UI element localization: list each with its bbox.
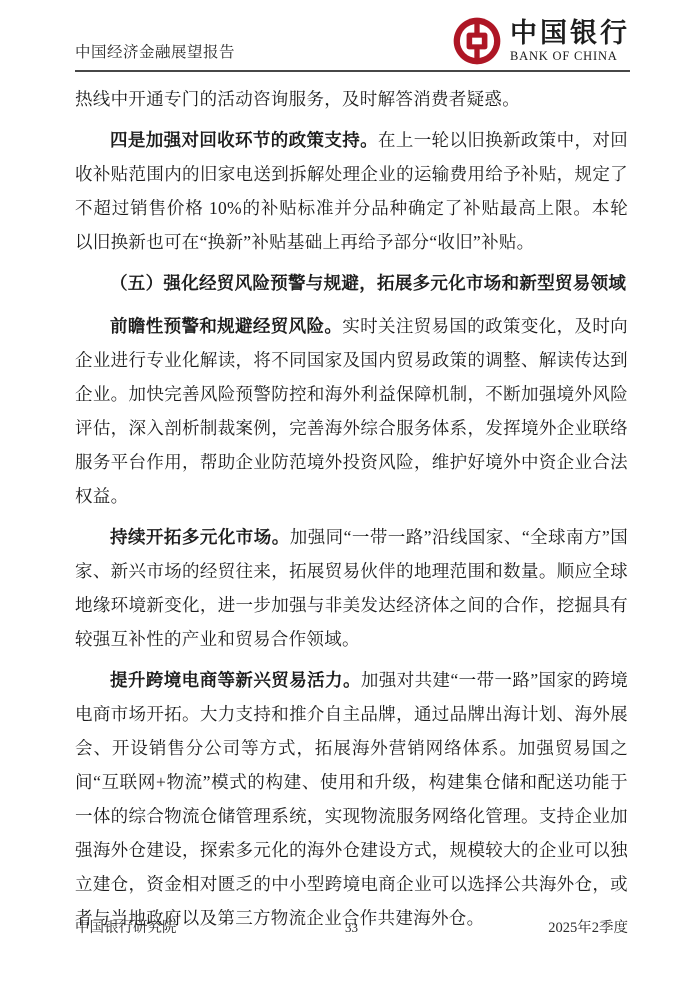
footer-institute: 中国银行研究院 (75, 916, 259, 937)
paragraph-lead: 四是加强对回收环节的政策支持。 (110, 130, 378, 150)
page-header: 中国经济金融展望报告 中国银行 BANK OF CHINA (75, 16, 630, 72)
bank-of-china-logo-icon (452, 16, 502, 66)
paragraph-text: 热线中开通专门的活动咨询服务，及时解答消费者疑惑。 (75, 89, 520, 109)
paragraph-lead: 前瞻性预警和规避经贸风险。 (110, 316, 342, 336)
paragraph-lead: 持续开拓多元化市场。 (110, 527, 290, 547)
bank-brand: 中国银行 BANK OF CHINA (452, 16, 630, 66)
paragraph-continuation: 热线中开通专门的活动咨询服务，及时解答消费者疑惑。 (75, 82, 628, 116)
paragraph-text: 实时关注贸易国的政策变化，及时向企业进行专业化解读，将不同国家及国内贸易政策的调… (75, 316, 628, 506)
paragraph-diversified-markets: 持续开拓多元化市场。加强同“一带一路”沿线国家、“全球南方”国家、新兴市场的经贸… (75, 520, 628, 656)
section-heading: （五）强化经贸风险预警与规避，拓展多元化市场和新型贸易领域 (75, 266, 628, 300)
bank-name-block: 中国银行 BANK OF CHINA (510, 20, 630, 63)
paragraph-recycling-policy: 四是加强对回收环节的政策支持。在上一轮以旧换新政策中，对回收补贴范围内的旧家电送… (75, 123, 628, 259)
bank-name-cn: 中国银行 (510, 20, 630, 47)
paragraph-text: 加强对共建“一带一路”国家的跨境电商市场开拓。大力支持和推介自主品牌，通过品牌出… (75, 670, 628, 928)
paragraph-cross-border-ecommerce: 提升跨境电商等新兴贸易活力。加强对共建“一带一路”国家的跨境电商市场开拓。大力支… (75, 663, 628, 935)
footer-edition: 2025年2季度 (444, 916, 628, 937)
paragraph-lead: 提升跨境电商等新兴贸易活力。 (110, 670, 361, 690)
report-title: 中国经济金融展望报告 (75, 40, 235, 66)
paragraph-risk-warning: 前瞻性预警和规避经贸风险。实时关注贸易国的政策变化，及时向企业进行专业化解读，将… (75, 309, 628, 513)
document-body: 热线中开通专门的活动咨询服务，及时解答消费者疑惑。 四是加强对回收环节的政策支持… (75, 82, 628, 942)
page-number: 33 (259, 920, 443, 936)
document-page: 中国经济金融展望报告 中国银行 BANK OF CHINA 热线中开通专门的活动… (0, 0, 700, 990)
bank-name-en: BANK OF CHINA (510, 50, 618, 63)
page-footer: 中国银行研究院 33 2025年2季度 (75, 916, 628, 937)
